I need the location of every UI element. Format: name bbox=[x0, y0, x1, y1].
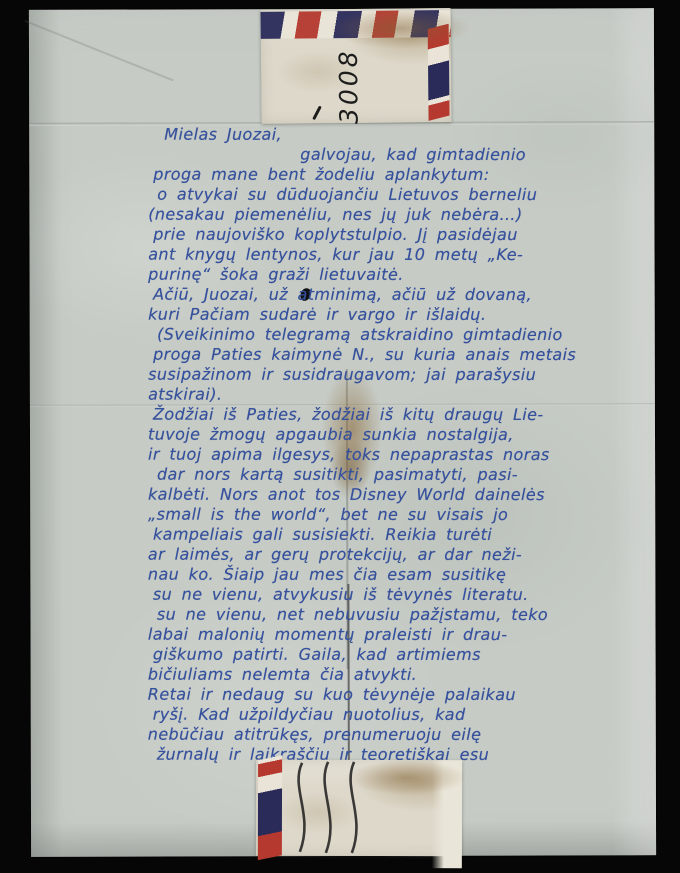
letter-line: giškumo patirti. Gaila, kad artimiems bbox=[153, 645, 643, 665]
letter-line: susipažinom ir susidraugavom; jai parašy… bbox=[148, 365, 643, 385]
letter-paper-sheet: 3008 Mielas Juozai,galvojau, kad gimtadi… bbox=[29, 8, 656, 857]
letter-line: o atvykai su dūduojančiu Lietuvos bernel… bbox=[157, 185, 643, 205]
letter-line: (nesakau piemenėliu, nes jų juk nebėra…) bbox=[148, 205, 643, 225]
letter-line: ant knygų lentynos, kur jau 10 metų „Ke- bbox=[148, 245, 643, 265]
letter-line: „small is the world“, bet ne su visais j… bbox=[148, 505, 643, 525]
letter-line: nau ko. Šiaip jau mes čia esam susitikę bbox=[148, 565, 643, 585]
scanned-letter-page: 3008 Mielas Juozai,galvojau, kad gimtadi… bbox=[0, 0, 680, 873]
letter-line: kampeliais gali susisiekti. Reikia turėt… bbox=[153, 525, 643, 545]
letter-line: kalbėti. Nors anot tos Disney World dain… bbox=[148, 485, 643, 505]
letter-line: proga mane bent žodeliu aplankytum: bbox=[153, 165, 643, 185]
diagonal-crease bbox=[24, 20, 173, 81]
archive-number: 3008 bbox=[334, 44, 365, 124]
letter-line: kuri Pačiam sudarė ir vargo ir išlaidų. bbox=[148, 305, 643, 325]
letter-line: tuvoje žmogų apgaubia sunkia nostalgija, bbox=[148, 425, 643, 445]
letter-line: (Sveikinimo telegramą atskraidino gimtad… bbox=[157, 325, 643, 345]
airmail-tape-top: 3008 bbox=[260, 8, 451, 124]
pen-stroke bbox=[312, 105, 322, 120]
letter-line: su ne vienu, net nebuvusiu pažįstamu, te… bbox=[157, 605, 643, 625]
airmail-tape-bottom bbox=[256, 760, 462, 857]
letter-line: bičiuliams nelemta čia atvykti. bbox=[148, 665, 643, 685]
letter-line: ar laimės, ar gerų protekcijų, ar dar ne… bbox=[148, 545, 643, 565]
letter-line: atskirai). bbox=[148, 385, 643, 405]
letter-line: Žodžiai iš Paties, žodžiai iš kitų draug… bbox=[153, 405, 643, 425]
letter-line: Retai ir nedaug su kuo tėvynėje palaikau bbox=[148, 685, 643, 705]
letter-line: proga Paties kaimynė N., su kuria anais … bbox=[153, 345, 643, 365]
postmark-wavy-lines-icon bbox=[256, 760, 462, 857]
letter-line: ir tuoj apima ilgesys, toks nepaprastas … bbox=[148, 445, 643, 465]
letter-line: dar nors kartą susitikti, pasimatyti, pa… bbox=[157, 465, 643, 485]
letter-line: labai malonių momentų praleisti ir drau- bbox=[148, 625, 643, 645]
letter-line: su ne vienu, atvykusiu iš tėvynės litera… bbox=[153, 585, 643, 605]
letter-line: galvojau, kad gimtadienio bbox=[300, 145, 643, 165]
letter-line: nebūčiau atitrūkęs, prenumeruoju eilę bbox=[148, 725, 643, 745]
letter-line: Ačiū, Juozai, už atminimą, ačiū už dovan… bbox=[153, 285, 643, 305]
letter-line: ryšį. Kad užpildyčiau nuotolius, kad bbox=[153, 705, 643, 725]
letter-line: Mielas Juozai, bbox=[164, 125, 643, 145]
letter-body: Mielas Juozai,galvojau, kad gimtadieniop… bbox=[148, 125, 644, 765]
letter-line: purinę“ šoka graži lietuvaitė. bbox=[148, 265, 643, 285]
letter-line: prie naujoviško koplytstulpio. Jį pasidė… bbox=[153, 225, 643, 245]
